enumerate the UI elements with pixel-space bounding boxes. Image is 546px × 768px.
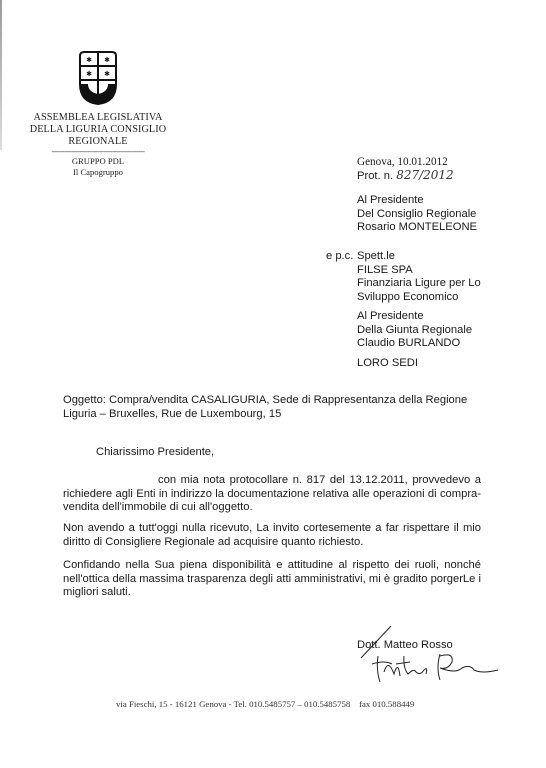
recipient-line: Rosario MONTELEONE — [357, 221, 477, 235]
closing-line: LORO SEDI — [357, 357, 418, 371]
cc-recipient-giunta: Al Presidente Della Giunta Regionale Cla… — [357, 310, 472, 351]
assembly-name-line2: DELLA LIGURIA CONSIGLIO REGIONALE — [8, 124, 188, 148]
svg-text:✱: ✱ — [86, 56, 92, 64]
handwritten-signature-icon — [370, 650, 510, 686]
protocol-handwritten-number: 827/2012 — [396, 168, 454, 182]
paragraph-1-text: con mia nota protocollare n. 817 del 13.… — [63, 474, 481, 513]
protocol-number: Prot. n. 827/2012 — [357, 168, 454, 183]
recipient-line: Sviluppo Economico — [357, 291, 481, 305]
liguria-coat-of-arms-icon: ✱ ✱ ✱ ✱ — [76, 50, 120, 106]
recipient-line: Della Giunta Regionale — [357, 324, 472, 338]
recipient-line: Claudio BURLANDO — [357, 337, 472, 351]
cc-label: e p.c. — [326, 250, 353, 262]
cc-recipient-filse: Spett.le FILSE SPA Finanziaria Ligure pe… — [357, 250, 481, 304]
primary-recipient: Al Presidente Del Consiglio Regionale Ro… — [357, 194, 477, 235]
scan-edge — [0, 0, 2, 150]
letter-subject: Oggetto: Compra/vendita CASALIGURIA, Sed… — [63, 394, 481, 421]
paragraph-3: Confidando nella Sua piena disponibilità… — [63, 559, 481, 600]
group-name: GRUPPO PDL — [8, 156, 188, 167]
protocol-label: Prot. n. — [357, 170, 393, 182]
recipient-line: Spett.le — [357, 250, 481, 264]
recipient-line: FILSE SPA — [357, 264, 481, 278]
svg-text:✱: ✱ — [86, 70, 92, 78]
salutation: Chiarissimo Presidente, — [96, 446, 214, 458]
letterhead: ✱ ✱ ✱ ✱ ASSEMBLEA LEGISLATIVA DELLA LIGU… — [8, 50, 188, 178]
recipient-line: Finanziaria Ligure per Lo — [357, 277, 481, 291]
recipient-line: Del Consiglio Regionale — [357, 208, 477, 222]
letter-date: Genova, 10.01.2012 — [357, 155, 448, 169]
footer-contact: via Fieschi, 15 - 16121 Genova - Tel. 01… — [116, 699, 414, 709]
recipient-line: Al Presidente — [357, 310, 472, 324]
letterhead-separator: ----------------------------------------… — [8, 148, 188, 156]
svg-text:✱: ✱ — [104, 56, 110, 64]
assembly-name-line1: ASSEMBLEA LEGISLATIVA — [8, 112, 188, 124]
group-role: Il Capogruppo — [8, 167, 188, 178]
svg-text:✱: ✱ — [104, 70, 110, 78]
paragraph-1: con mia nota protocollare n. 817 del 13.… — [63, 474, 481, 515]
recipient-line: Al Presidente — [357, 194, 477, 208]
paragraph-2: Non avendo a tutt'oggi nulla ricevuto, L… — [63, 522, 481, 549]
